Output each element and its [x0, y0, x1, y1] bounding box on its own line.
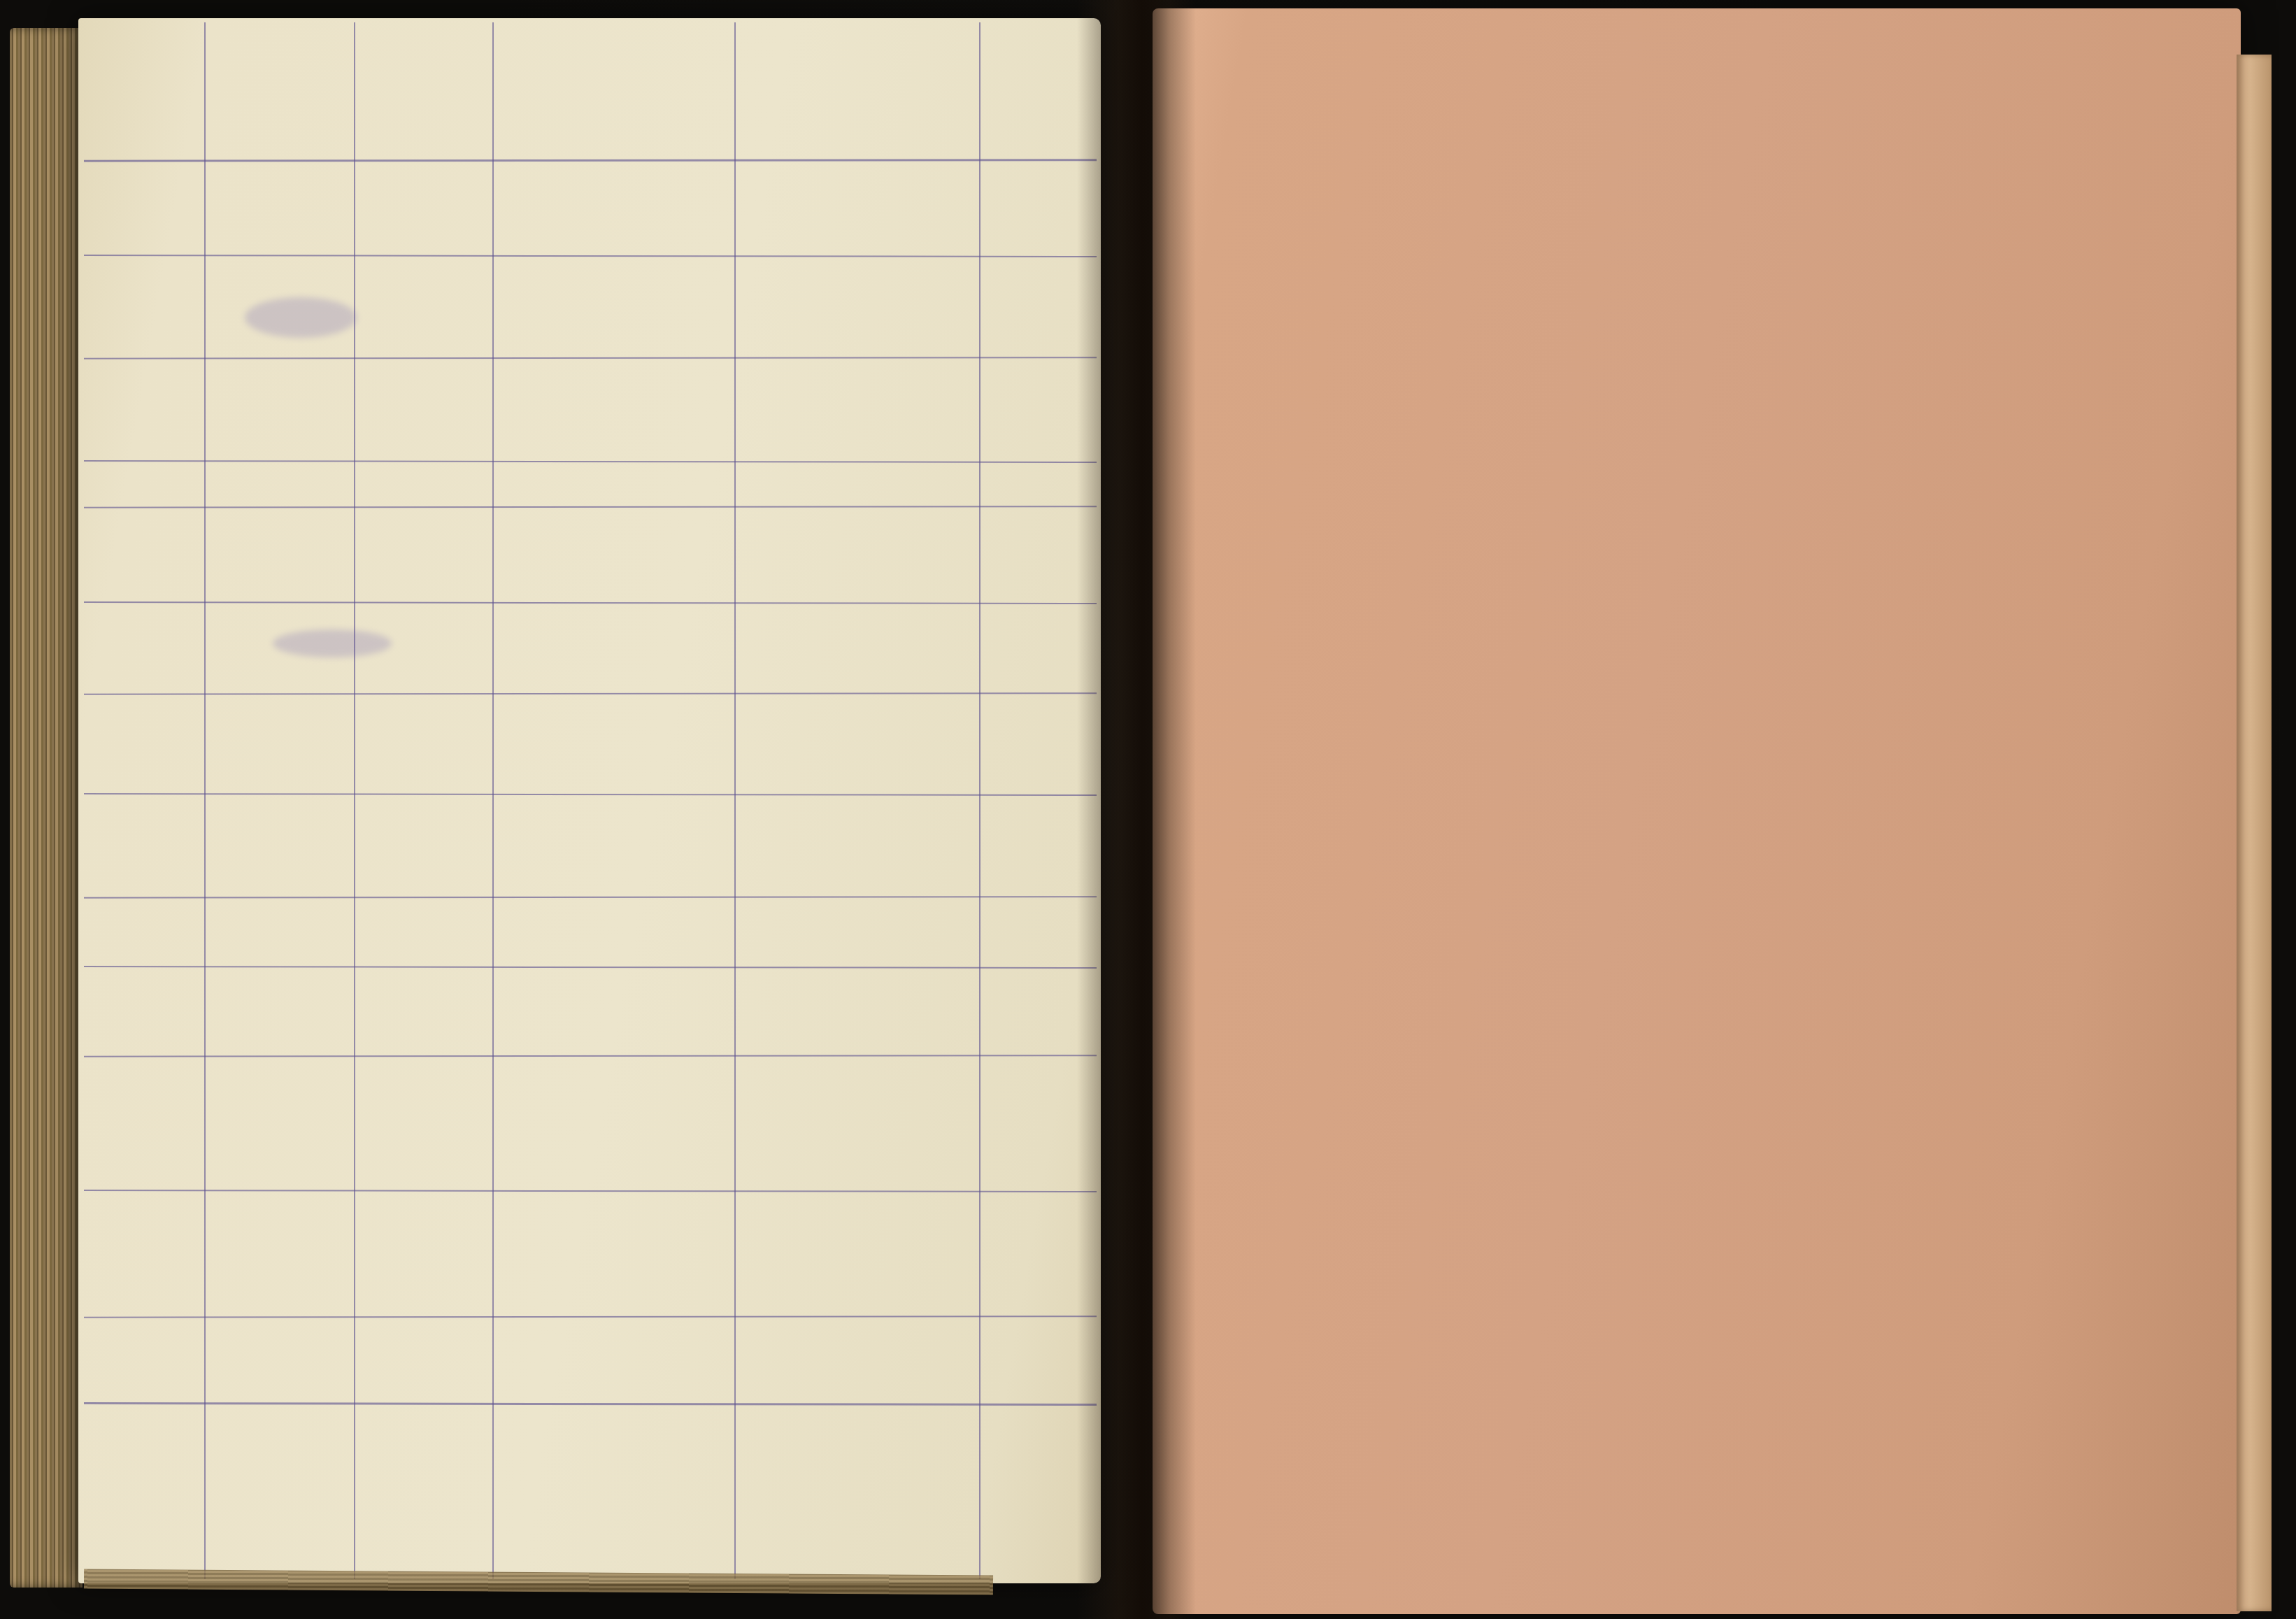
ledger-rule-horizontal [84, 357, 1097, 359]
ledger-rule-horizontal [84, 601, 1097, 604]
ledger-rule-horizontal [84, 255, 1097, 257]
page-stack-edge [10, 28, 83, 1588]
catalog-page [1153, 8, 2241, 1614]
ledger-rule-horizontal [84, 1055, 1097, 1057]
ledger-rule-vertical [204, 22, 206, 1579]
ledger-rule-horizontal [84, 1190, 1097, 1192]
ledger-page [78, 18, 1101, 1583]
ink-smudge [273, 629, 392, 657]
ledger-rule-vertical [979, 22, 981, 1579]
ledger-rule-vertical [734, 22, 736, 1579]
ledger-rule-horizontal [84, 506, 1097, 508]
ledger-rule-vertical [492, 22, 494, 1579]
book-scan [0, 0, 2296, 1619]
ledger-rule-horizontal [84, 159, 1097, 162]
ledger-rule-horizontal [84, 896, 1097, 899]
ledger-rule-horizontal [84, 460, 1097, 463]
next-page-edge [2237, 55, 2272, 1611]
ledger-rule-horizontal [84, 966, 1097, 969]
ledger-rule-horizontal [84, 793, 1097, 796]
ledger-rule-vertical [354, 22, 355, 1579]
book-gutter [1077, 0, 1196, 1619]
ink-smudge [245, 297, 357, 338]
ledger-rule-horizontal [84, 1402, 1097, 1406]
ledger-rule-horizontal [84, 692, 1097, 695]
ledger-rule-horizontal [84, 1315, 1097, 1318]
